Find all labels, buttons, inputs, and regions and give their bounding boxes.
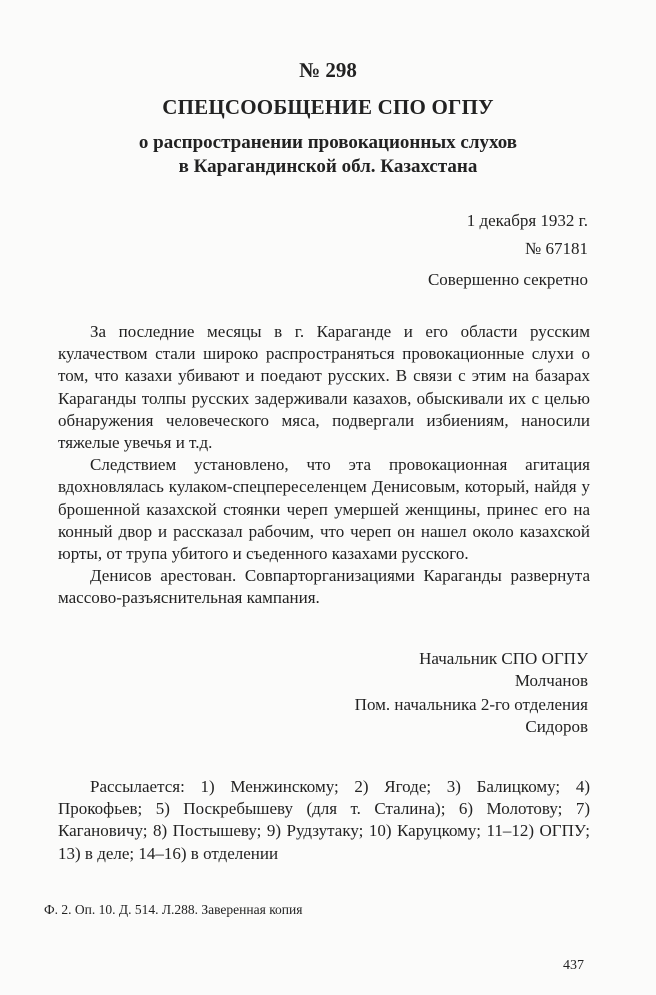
distribution-text: Рассылается: 1) Менжинскому; 2) Ягоде; 3…: [58, 776, 590, 865]
archive-reference: Ф. 2. Оп. 10. Д. 514. Л.288. Заверенная …: [44, 902, 302, 918]
signature-position: Пом. начальника 2-го отделения: [355, 694, 588, 716]
page-number: 437: [563, 958, 584, 974]
body-paragraph: Следствием установлено, что эта провокац…: [58, 454, 590, 565]
document-date: 1 декабря 1932 г.: [467, 211, 588, 231]
subtitle-line: о распространении провокационных слухов: [0, 131, 656, 155]
classification-label: Совершенно секретно: [428, 270, 588, 290]
document-body: За последние месяцы в г. Караганде и его…: [58, 321, 590, 610]
body-paragraph: Денисов арестован. Совпарторганизациями …: [58, 565, 590, 609]
signature-block: Пом. начальника 2-го отделения Сидоров: [355, 694, 588, 738]
document-number: № 298: [0, 58, 656, 83]
signature-name: Молчанов: [419, 670, 588, 692]
signature-name: Сидоров: [355, 716, 588, 738]
signature-block: Начальник СПО ОГПУ Молчанов: [419, 648, 588, 692]
body-paragraph: За последние месяцы в г. Караганде и его…: [58, 321, 590, 454]
document-page: № 298 СПЕЦСООБЩЕНИЕ СПО ОГПУ о распростр…: [0, 0, 656, 995]
registration-number: № 67181: [525, 239, 588, 259]
signature-position: Начальник СПО ОГПУ: [419, 648, 588, 670]
document-subtitle: о распространении провокационных слухов …: [0, 131, 656, 179]
subtitle-line: в Карагандинской обл. Казахстана: [0, 155, 656, 179]
distribution-list: Рассылается: 1) Менжинскому; 2) Ягоде; 3…: [58, 776, 590, 865]
document-title: СПЕЦСООБЩЕНИЕ СПО ОГПУ: [0, 95, 656, 120]
